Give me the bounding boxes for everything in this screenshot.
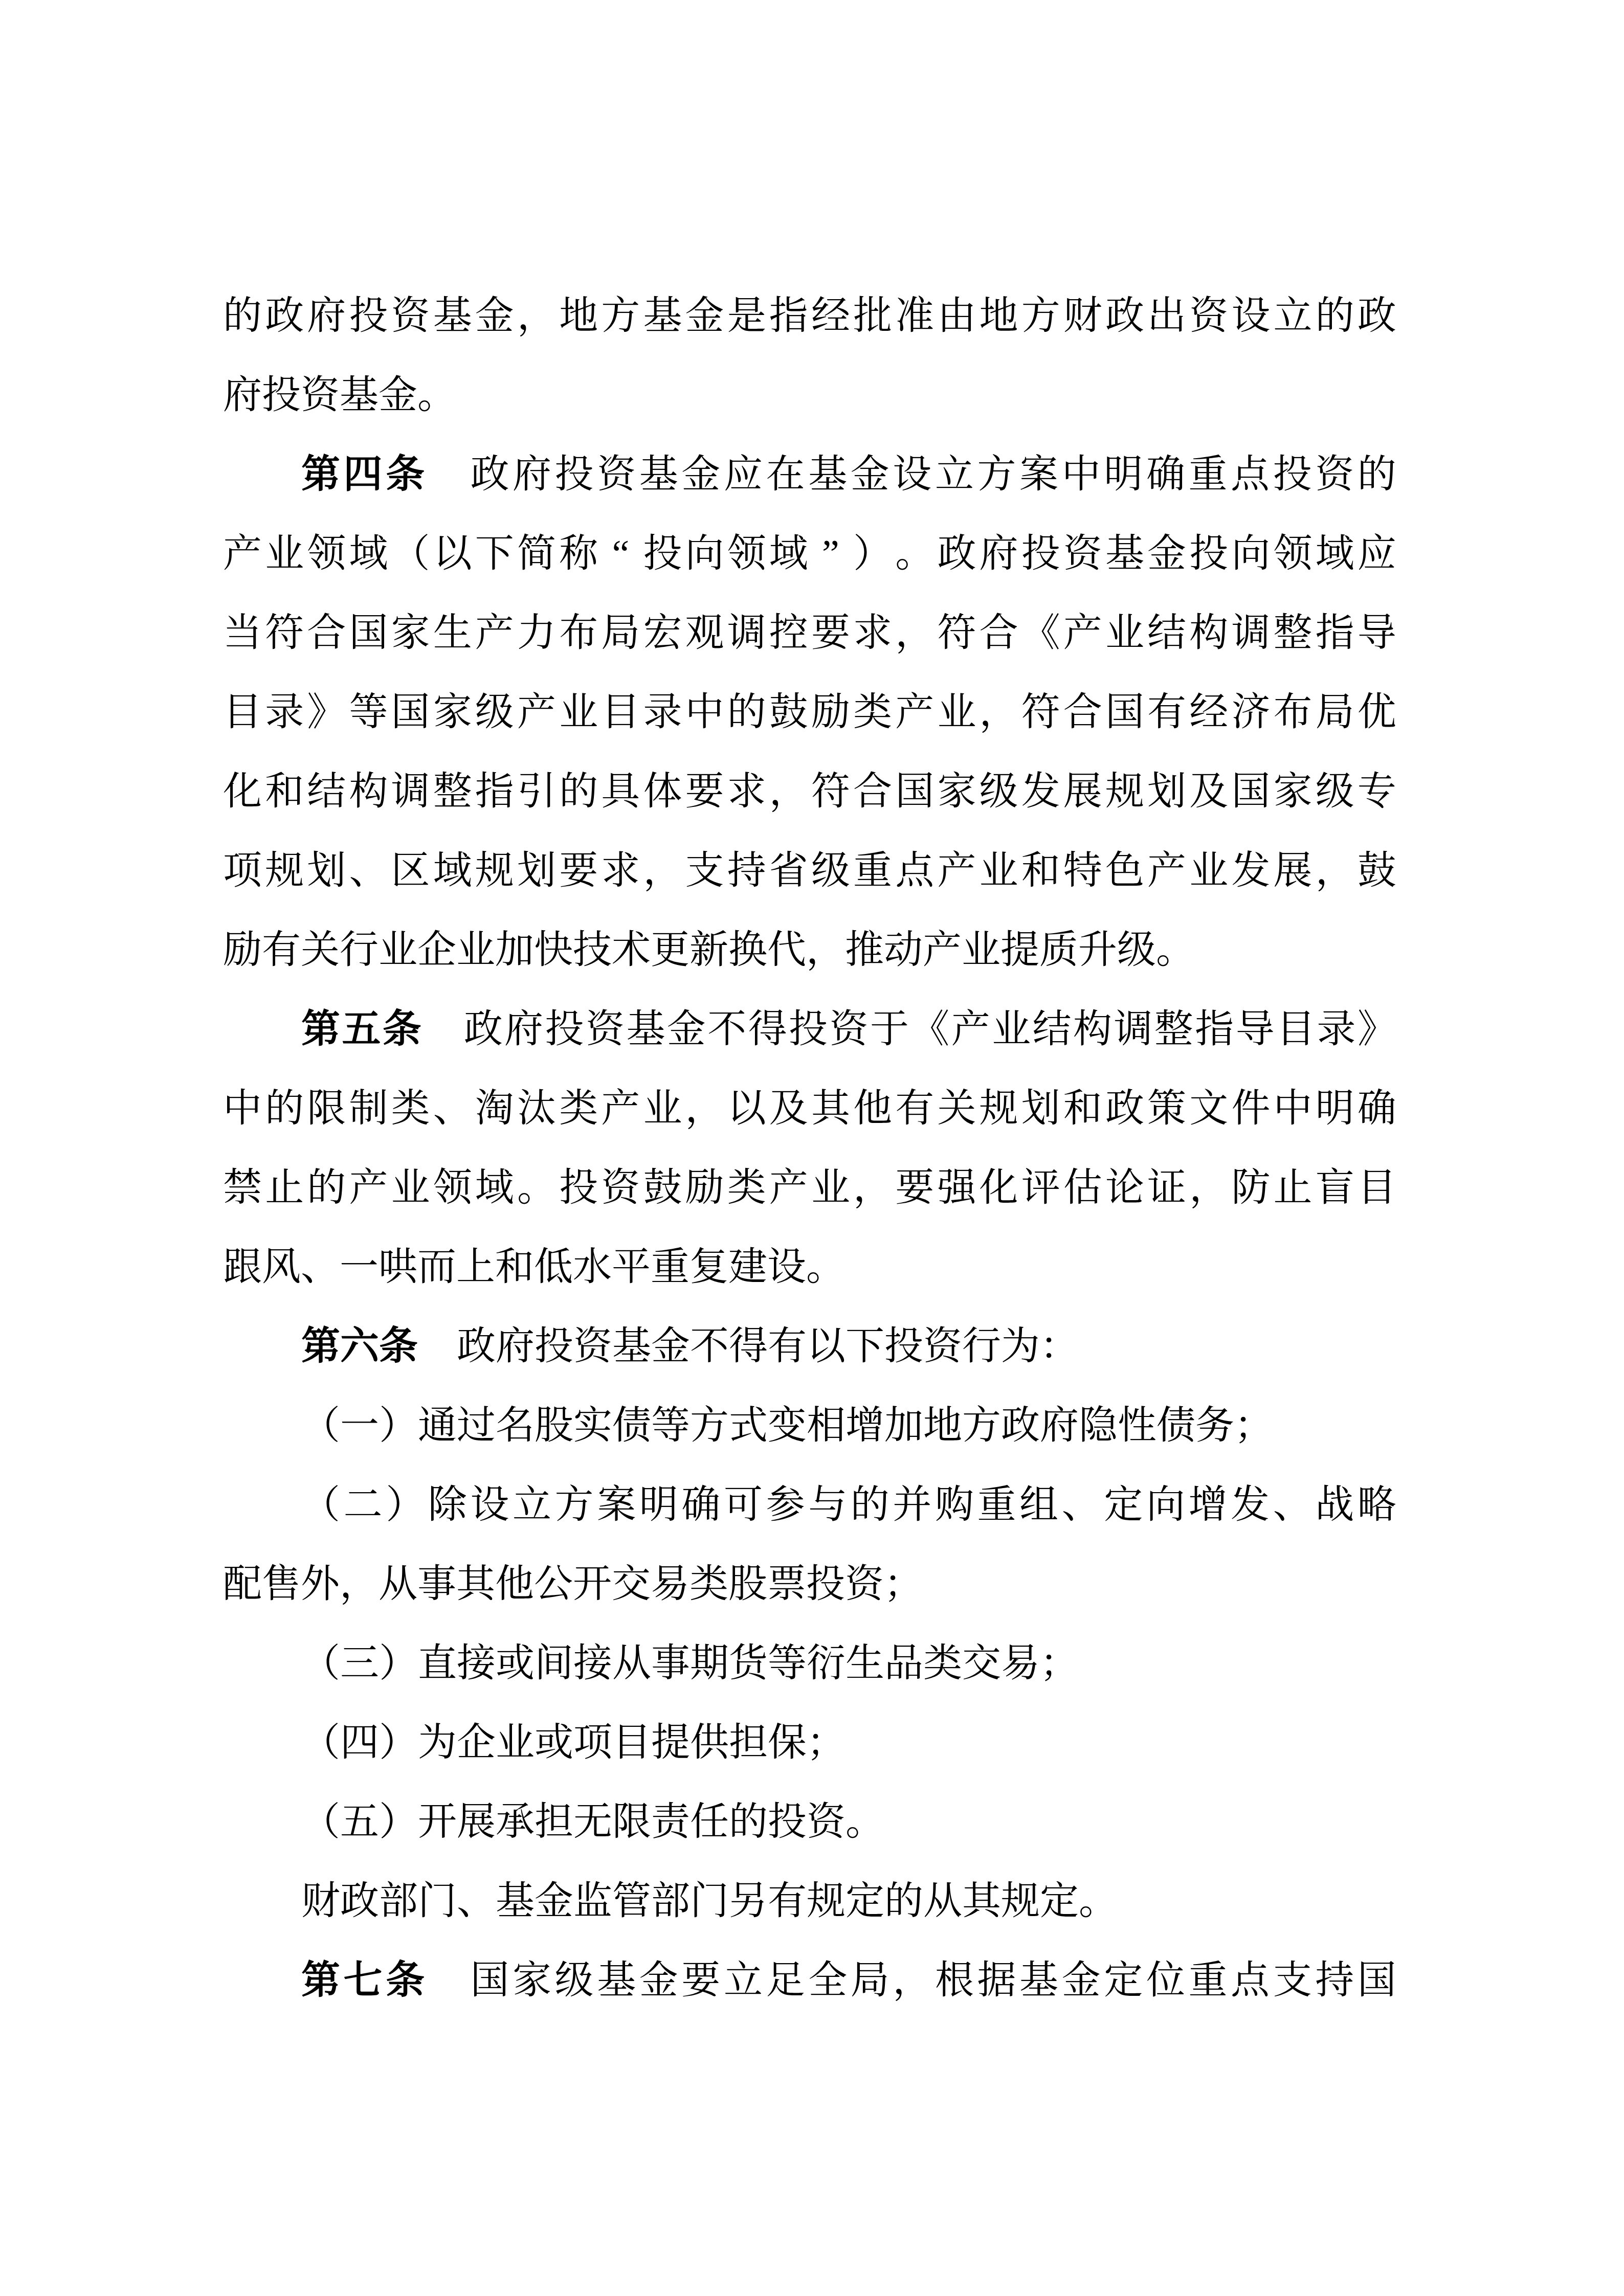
text-line: （一）通过名股实债等方式变相增加地方政府隐性债务； xyxy=(223,1386,1396,1465)
article-number-char: 条 xyxy=(386,455,425,494)
body-char: 要 xyxy=(811,614,850,652)
body-char: 应 xyxy=(1358,534,1396,573)
body-char: 的 xyxy=(307,1168,346,1207)
body-char: （ xyxy=(301,1644,340,1683)
body-char: 规 xyxy=(980,1089,1018,1128)
body-char: 产 xyxy=(769,1168,808,1207)
body-char: 投 xyxy=(555,455,594,494)
body-char: 产 xyxy=(1147,851,1186,890)
body-char: 或 xyxy=(535,1723,573,1762)
body-char: 资 xyxy=(845,1565,884,1604)
body-char: ） xyxy=(379,1406,418,1445)
body-char: ， xyxy=(895,614,934,652)
body-char: 级 xyxy=(555,1961,594,2000)
body-char: 配 xyxy=(223,1565,262,1604)
body-char: 立 xyxy=(724,1961,763,2000)
body-char: 技 xyxy=(573,931,612,970)
body-char: 划 xyxy=(517,851,556,890)
body-char: 府 xyxy=(1040,1406,1079,1445)
text-line: （三）直接或间接从事期货等衍生品类交易； xyxy=(223,1624,1396,1703)
body-char: 哄 xyxy=(379,1248,417,1287)
article-number-char: 七 xyxy=(344,1961,383,2000)
body-char: 基 xyxy=(597,1961,636,2000)
body-char: 整 xyxy=(433,772,472,811)
body-char: 级 xyxy=(980,772,1018,811)
body-char: 通 xyxy=(418,1406,457,1445)
body-char: 关 xyxy=(301,931,340,970)
body-char: 域 xyxy=(349,534,388,573)
body-char: 有 xyxy=(895,1089,934,1128)
body-char: 领 xyxy=(433,1168,472,1207)
body-char: 确 xyxy=(1146,455,1185,494)
body-char: 投 xyxy=(789,1010,828,1049)
body-char: 政 xyxy=(265,297,304,335)
body-char: 新 xyxy=(689,931,728,970)
body-char: 基 xyxy=(639,455,678,494)
body-char: 以 xyxy=(433,534,472,573)
body-char: 位 xyxy=(1146,1961,1185,2000)
body-char: 投 xyxy=(643,534,682,573)
body-char: 据 xyxy=(977,1961,1016,2000)
body-char: 投 xyxy=(559,1168,598,1207)
body-char: 规 xyxy=(1105,772,1144,811)
body-char: 域 xyxy=(769,534,808,573)
body-char: “ xyxy=(601,534,640,573)
body-char: 发 xyxy=(1021,772,1060,811)
body-char: 业 xyxy=(1105,614,1144,652)
body-char: 方 xyxy=(690,1406,729,1445)
body-char: 其 xyxy=(456,1565,495,1604)
body-char: 及 xyxy=(1189,772,1228,811)
body-char: 合 xyxy=(980,614,1018,652)
body-char: 家 xyxy=(937,772,976,811)
body-char: 组 xyxy=(1019,1485,1058,1524)
body-char: 供 xyxy=(690,1723,729,1762)
body-char: 并 xyxy=(893,1485,931,1524)
body-char: 。 xyxy=(1079,1882,1118,1921)
body-char: 从 xyxy=(612,1644,651,1683)
body-char: 足 xyxy=(766,1961,805,2000)
body-char: 以 xyxy=(807,1327,846,1366)
body-char: 基 xyxy=(643,297,682,335)
body-char: 投 xyxy=(806,1565,845,1604)
body-char: 购 xyxy=(935,1485,974,1524)
body-char: 加 xyxy=(884,1406,923,1445)
body-char: 宏 xyxy=(643,614,682,652)
body-char: 动 xyxy=(884,931,923,970)
body-char: 股 xyxy=(728,1565,767,1604)
body-char: 业 xyxy=(496,1723,535,1762)
body-char: 划 xyxy=(1021,1089,1060,1128)
body-char: 国 xyxy=(1358,1961,1396,2000)
body-char: 级 xyxy=(1316,772,1354,811)
body-char: 》 xyxy=(1358,1010,1396,1049)
body-char: ） xyxy=(379,1723,418,1762)
body-char: 强 xyxy=(937,1168,976,1207)
body-char: 录 xyxy=(1317,1010,1356,1049)
body-char: 直 xyxy=(418,1644,457,1683)
body-char: 力 xyxy=(517,614,556,652)
body-char: 是 xyxy=(727,297,766,335)
body-char: 接 xyxy=(457,1644,496,1683)
body-char: 产 xyxy=(517,693,556,732)
body-char: 产 xyxy=(951,1010,990,1049)
body-char: 承 xyxy=(496,1803,535,1841)
body-char: 下 xyxy=(475,534,514,573)
body-char: 地 xyxy=(559,297,598,335)
body-char: 可 xyxy=(724,1485,763,1524)
body-char: 定 xyxy=(1040,1882,1079,1921)
text-line: 府投资基金。 xyxy=(223,355,1396,435)
body-char: 金 xyxy=(535,1882,573,1921)
text-line: 第六条政府投资基金不得有以下投资行为： xyxy=(223,1307,1396,1386)
body-char: 展 xyxy=(1063,772,1102,811)
body-char: 门 xyxy=(690,1882,729,1921)
body-char: 的 xyxy=(1358,455,1396,494)
text-line: 财政部门、基金监管部门另有规定的从其规定。 xyxy=(223,1861,1396,1941)
body-char: 投 xyxy=(535,1327,573,1366)
body-char: 确 xyxy=(1358,1089,1396,1128)
article-number-char: 条 xyxy=(386,1961,425,2000)
body-char: ， xyxy=(893,1961,931,2000)
text-line: 第五条政府投资基金不得投资于《产业结构调整指导目录》 xyxy=(223,989,1396,1069)
body-char: 济 xyxy=(1231,693,1270,732)
body-char: 行 xyxy=(962,1327,1001,1366)
body-char: 政 xyxy=(1105,297,1144,335)
body-char: 结 xyxy=(1033,1010,1072,1049)
ideographic-space xyxy=(418,1327,457,1366)
body-char: 制 xyxy=(349,1089,388,1128)
body-char: ， xyxy=(980,693,1018,732)
body-char: 定 xyxy=(1104,1485,1143,1524)
body-char: 录 xyxy=(643,693,682,732)
body-char: 参 xyxy=(766,1485,805,1524)
body-char: 基 xyxy=(433,297,472,335)
body-char: 风 xyxy=(262,1248,301,1287)
body-char: 有 xyxy=(262,931,301,970)
body-char: 和 xyxy=(265,772,304,811)
body-char: 向 xyxy=(685,534,724,573)
text-line: 目录》等国家级产业目录中的鼓励类产业，符合国有经济布局优 xyxy=(223,672,1396,752)
body-char: 准 xyxy=(895,297,934,335)
body-char: 家 xyxy=(513,1961,551,2000)
body-char: 战 xyxy=(1315,1485,1354,1524)
body-char: （ xyxy=(301,1723,340,1762)
body-char: 资 xyxy=(573,1327,612,1366)
body-char: 调 xyxy=(727,614,766,652)
body-char: 开 xyxy=(418,1803,457,1841)
body-char: 《 xyxy=(1021,614,1060,652)
body-char: 股 xyxy=(535,1406,573,1445)
body-char: 业 xyxy=(456,931,495,970)
body-char: 货 xyxy=(729,1644,768,1683)
body-char: 明 xyxy=(1316,1089,1354,1128)
body-char: 过 xyxy=(457,1406,496,1445)
body-char: 金 xyxy=(851,455,889,494)
body-char: 财 xyxy=(1063,297,1102,335)
body-char: 领 xyxy=(1274,534,1312,573)
document-text-block: 的政府投资基金，地方基金是指经批准由地方财政出资设立的政府投资基金。第四条政府投… xyxy=(223,276,1396,2020)
body-char: （ xyxy=(391,534,430,573)
body-char: 隐 xyxy=(1079,1406,1118,1445)
body-char: 域 xyxy=(433,851,472,890)
body-char: 实 xyxy=(573,1406,612,1445)
body-char: 国 xyxy=(1105,693,1144,732)
body-char: 资 xyxy=(923,1327,962,1366)
body-char: ） xyxy=(379,1803,418,1841)
body-char: 债 xyxy=(612,1406,651,1445)
text-line: （二）除设立方案明确可参与的并购重组、定向增发、战略 xyxy=(223,1465,1396,1544)
body-char: 由 xyxy=(937,297,976,335)
document-page: 的政府投资基金，地方基金是指经批准由地方财政出资设立的政府投资基金。第四条政府投… xyxy=(0,0,1624,2296)
body-char: 从 xyxy=(923,1882,962,1921)
body-char: 项 xyxy=(573,1723,612,1762)
body-char: 化 xyxy=(223,772,262,811)
article-number-char: 第 xyxy=(301,455,340,494)
body-char: 结 xyxy=(307,772,346,811)
body-char: 重 xyxy=(1188,1961,1227,2000)
body-char: 盲 xyxy=(1316,1168,1354,1207)
body-char: 符 xyxy=(937,614,976,652)
body-char: 企 xyxy=(417,931,456,970)
body-char: 优 xyxy=(1358,693,1396,732)
body-char: 规 xyxy=(807,1882,846,1921)
body-char: 投 xyxy=(768,1803,807,1841)
body-char: 更 xyxy=(651,931,689,970)
body-char: 事 xyxy=(417,1565,456,1604)
body-char: 局 xyxy=(851,1961,889,2000)
body-char: 类 xyxy=(853,693,892,732)
body-char: 要 xyxy=(685,772,724,811)
body-char: 汰 xyxy=(517,1089,556,1128)
body-char: 政 xyxy=(1001,1406,1040,1445)
body-char: 他 xyxy=(853,1089,892,1128)
body-char: 发 xyxy=(1231,1485,1270,1524)
body-char: 评 xyxy=(1021,1168,1060,1207)
body-char: ， xyxy=(1189,1168,1228,1207)
body-char: 资 xyxy=(597,455,636,494)
body-char: 加 xyxy=(495,931,534,970)
body-char: 符 xyxy=(811,772,850,811)
article-number-char: 第 xyxy=(301,1327,340,1366)
body-char: 向 xyxy=(1231,534,1270,573)
body-char: 性 xyxy=(1118,1406,1156,1445)
body-char: 基 xyxy=(496,1882,535,1921)
body-char: 划 xyxy=(1147,772,1186,811)
body-char: 外 xyxy=(301,1565,340,1604)
body-char: 政 xyxy=(340,1882,379,1921)
body-char: 府 xyxy=(496,1327,535,1366)
body-char: 励 xyxy=(685,1168,724,1207)
body-char: 的 xyxy=(559,772,598,811)
article-number-char: 四 xyxy=(344,455,383,494)
body-char: 提 xyxy=(1000,931,1039,970)
body-char: 接 xyxy=(573,1644,612,1683)
body-char: 向 xyxy=(1146,1485,1185,1524)
body-char: 省 xyxy=(769,851,808,890)
body-char: 设 xyxy=(470,1485,509,1524)
body-char: 禁 xyxy=(223,1168,262,1207)
body-char: 担 xyxy=(729,1723,768,1762)
body-char: 金 xyxy=(667,1010,706,1049)
body-char: 类 xyxy=(391,1089,430,1128)
body-char: 国 xyxy=(391,693,430,732)
body-char: 整 xyxy=(1154,1010,1193,1049)
body-char: ） xyxy=(386,1485,425,1524)
body-char: 点 xyxy=(895,851,934,890)
body-char: 止 xyxy=(1274,1168,1312,1207)
body-char: 类 xyxy=(727,1168,766,1207)
body-char: ） xyxy=(853,534,892,573)
body-char: 家 xyxy=(1274,772,1312,811)
body-char: 论 xyxy=(1105,1168,1144,1207)
body-char: 国 xyxy=(470,1961,509,2000)
body-char: 平 xyxy=(612,1248,651,1287)
body-char: 而 xyxy=(417,1248,456,1287)
text-line: （五）开展承担无限责任的投资。 xyxy=(223,1782,1396,1861)
body-char: 称 xyxy=(559,534,598,573)
body-char: 下 xyxy=(846,1327,884,1366)
body-char: 资 xyxy=(1063,534,1102,573)
body-char: 的 xyxy=(884,1882,923,1921)
body-char: 。 xyxy=(517,1168,556,1207)
body-char: 有 xyxy=(768,1327,807,1366)
body-char: 合 xyxy=(853,772,892,811)
body-char: 交 xyxy=(612,1565,651,1604)
body-char: 金 xyxy=(639,1961,678,2000)
body-char: 和 xyxy=(1063,1089,1102,1128)
body-char: 资 xyxy=(1189,297,1228,335)
body-char: 基 xyxy=(612,1327,651,1366)
body-char: 励 xyxy=(223,931,262,970)
body-char: 符 xyxy=(265,614,304,652)
body-char: 重 xyxy=(977,1485,1016,1524)
body-char: 经 xyxy=(1189,693,1228,732)
body-char: 方 xyxy=(601,297,640,335)
body-char: 、 xyxy=(1062,1485,1101,1524)
body-char: 提 xyxy=(651,1723,690,1762)
body-char: 政 xyxy=(464,1010,503,1049)
body-char: 立 xyxy=(935,455,974,494)
body-char: 部 xyxy=(379,1882,418,1921)
body-char: 业 xyxy=(962,931,1000,970)
text-line: 第七条国家级基金要立足全局，根据基金定位重点支持国 xyxy=(223,1941,1396,2020)
body-char: 重 xyxy=(651,1248,689,1287)
body-char: 财 xyxy=(301,1882,340,1921)
body-char: 、 xyxy=(349,851,388,890)
body-char: 。 xyxy=(846,1803,884,1841)
body-char: 开 xyxy=(573,1565,612,1604)
body-char: 资 xyxy=(586,1010,625,1049)
body-char: 家 xyxy=(433,693,472,732)
body-char: 专 xyxy=(1358,772,1396,811)
body-char: 具 xyxy=(601,772,640,811)
body-char: 构 xyxy=(349,772,388,811)
body-char: 投 xyxy=(262,376,301,415)
body-char: 资 xyxy=(1315,455,1354,494)
body-char: ； xyxy=(807,1723,846,1762)
body-char: 指 xyxy=(475,772,514,811)
body-char: 公 xyxy=(534,1565,573,1604)
body-char: 设 xyxy=(893,455,931,494)
body-char: 化 xyxy=(980,1168,1018,1207)
article-number-char: 第 xyxy=(301,1961,340,2000)
body-char: 跟 xyxy=(223,1248,262,1287)
body-char: 确 xyxy=(681,1485,720,1524)
body-char: 持 xyxy=(727,851,766,890)
body-char: 规 xyxy=(1001,1882,1040,1921)
body-char: 调 xyxy=(1231,614,1270,652)
body-char: 的 xyxy=(729,1803,768,1841)
body-char: 金 xyxy=(685,297,724,335)
body-char: 四 xyxy=(340,1723,379,1762)
body-char: 三 xyxy=(340,1644,379,1683)
body-char: 业 xyxy=(559,693,598,732)
body-char: 产 xyxy=(601,1089,640,1128)
body-char: 引 xyxy=(517,772,556,811)
body-char: 上 xyxy=(456,1248,495,1287)
body-char: 增 xyxy=(846,1406,884,1445)
body-char: 业 xyxy=(992,1010,1031,1049)
body-char: 政 xyxy=(937,534,976,573)
body-char: 体 xyxy=(643,772,682,811)
body-char: 明 xyxy=(639,1485,678,1524)
body-char: 求 xyxy=(853,614,892,652)
body-char: 期 xyxy=(690,1644,729,1683)
body-char: 业 xyxy=(811,1168,850,1207)
body-char: 产 xyxy=(223,534,262,573)
body-char: 业 xyxy=(379,931,417,970)
text-line: 励有关行业企业加快技术更新换代，推动产业提质升级。 xyxy=(223,910,1396,989)
body-char: 以 xyxy=(727,1089,766,1128)
body-char: 资 xyxy=(829,1010,868,1049)
body-char: 止 xyxy=(265,1168,304,1207)
body-char: 建 xyxy=(728,1248,767,1287)
body-char: 策 xyxy=(1147,1089,1186,1128)
body-char: 略 xyxy=(1358,1485,1396,1524)
body-char: 二 xyxy=(344,1485,383,1524)
body-char: （ xyxy=(301,1406,340,1445)
body-char: ， xyxy=(643,851,682,890)
article-number-char: 六 xyxy=(340,1327,379,1366)
body-char: 基 xyxy=(1105,534,1144,573)
body-char: 级 xyxy=(475,693,514,732)
body-char: ” xyxy=(811,534,850,573)
body-char: 及 xyxy=(769,1089,808,1128)
text-line: （四）为企业或项目提供担保； xyxy=(223,1703,1396,1782)
body-char: 投 xyxy=(1189,534,1228,573)
body-char: 重 xyxy=(853,851,892,890)
body-char: 类 xyxy=(923,1644,962,1683)
body-char: 级 xyxy=(811,851,850,890)
body-char: 目 xyxy=(223,693,262,732)
body-char: 他 xyxy=(495,1565,534,1604)
body-char: 关 xyxy=(937,1089,976,1128)
body-char: 管 xyxy=(612,1882,651,1921)
body-char: 调 xyxy=(1114,1010,1152,1049)
body-char: 要 xyxy=(895,1168,934,1207)
body-char: 等 xyxy=(349,693,388,732)
body-char: 的 xyxy=(1316,297,1354,335)
body-char: 易 xyxy=(1001,1644,1040,1683)
text-line: 项规划、区域规划要求，支持省级重点产业和特色产业发展，鼓 xyxy=(223,831,1396,910)
body-char: 换 xyxy=(728,931,767,970)
body-char: 鼓 xyxy=(1358,851,1396,890)
body-char: 基 xyxy=(626,1010,665,1049)
body-char: 名 xyxy=(496,1406,535,1445)
body-char: 方 xyxy=(977,455,1016,494)
body-char: 为 xyxy=(418,1723,457,1762)
